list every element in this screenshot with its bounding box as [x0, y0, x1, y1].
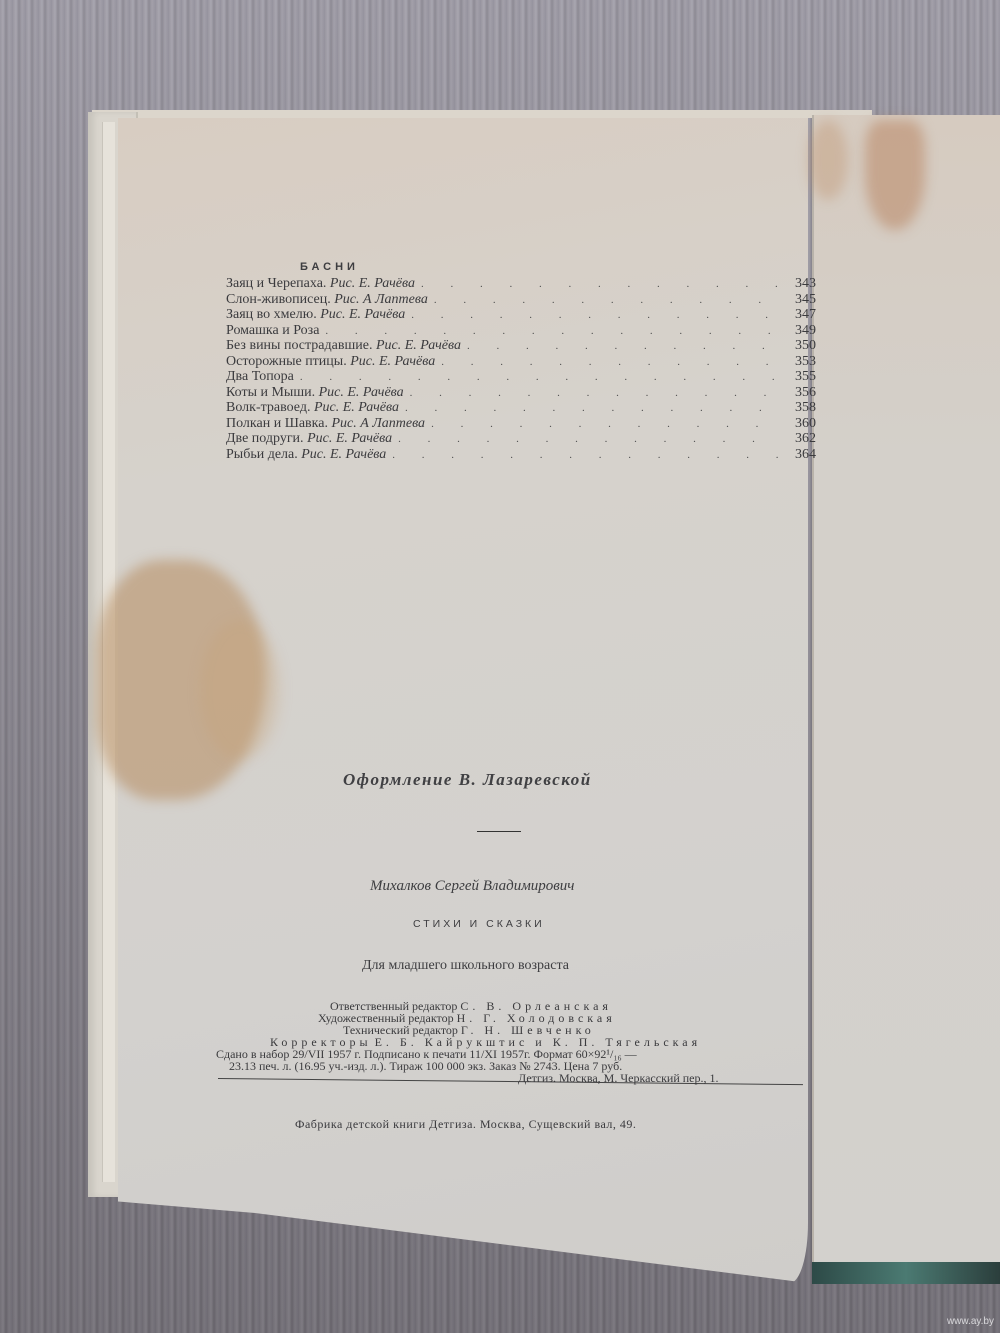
toc-entry-page: 349 [780, 323, 816, 339]
toc-entry: Без вины пострадавшие. Рис. Е. Рачёва . … [226, 338, 816, 354]
leader-dots: . . . . . . . . . . . . . . . . . . . . … [404, 386, 780, 402]
author-name: Михалков Сергей Владимирович [370, 878, 574, 895]
toc-entry-title: Ромашка и Роза [226, 323, 319, 338]
toc-entry-title: Две подруги. [226, 431, 304, 446]
book-binding-edge [812, 1262, 1000, 1284]
toc-entry-illustrator: Рис. Е. Рачёва [314, 400, 399, 415]
toc-entry-illustrator: Рис. Е. Рачёва [376, 338, 461, 353]
table-of-contents: Заяц и Черепаха. Рис. Е. Рачёва . . . . … [226, 276, 816, 462]
toc-entry-page: 343 [780, 276, 816, 292]
toc-entry: Две подруги. Рис. Е. Рачёва . . . . . . … [226, 431, 816, 447]
leader-dots: . . . . . . . . . . . . . . . . . . . . … [425, 417, 780, 433]
toc-entry: Рыбьи дела. Рис. Е. Рачёва . . . . . . .… [226, 447, 816, 463]
leader-dots: . . . . . . . . . . . . . . . . . . . . … [392, 432, 780, 448]
audience-note: Для младшего школьного возраста [362, 958, 569, 974]
toc-entry: Заяц и Черепаха. Рис. Е. Рачёва . . . . … [226, 276, 816, 292]
toc-entry-illustrator: Рис. Е. Рачёва [350, 354, 435, 369]
site-watermark: www.ay.by [947, 1316, 994, 1327]
toc-entry: Коты и Мыши. Рис. Е. Рачёва . . . . . . … [226, 385, 816, 401]
design-credit: Оформление В. Лазаревской [343, 770, 592, 790]
toc-entry-illustrator: Рис. А Лаптева [334, 292, 428, 307]
toc-entry-title: Волк-травоед. [226, 400, 310, 415]
toc-entry: Заяц во хмелю. Рис. Е. Рачёва . . . . . … [226, 307, 816, 323]
water-stain-left-inner [200, 620, 280, 760]
leader-dots: . . . . . . . . . . . . . . . . . . . . … [415, 277, 780, 293]
toc-entry-title: Осторожные птицы. [226, 354, 347, 369]
toc-entry-title: Полкан и Шавка. [226, 416, 328, 431]
toc-entry-page: 362 [780, 431, 816, 447]
section-heading: БАСНИ [300, 261, 359, 273]
toc-entry-title: Заяц во хмелю. [226, 307, 317, 322]
toc-entry-illustrator: Рис. Е. Рачёва [319, 385, 404, 400]
toc-entry-illustrator: Рис. Е. Рачёва [330, 276, 415, 291]
toc-entry-page: 356 [780, 385, 816, 401]
toc-entry: Осторожные птицы. Рис. Е. Рачёва . . . .… [226, 354, 816, 370]
toc-entry-page: 350 [780, 338, 816, 354]
toc-entry-illustrator: Рис. Е. Рачёва [320, 307, 405, 322]
leader-dots: . . . . . . . . . . . . . . . . . . . . … [294, 370, 780, 386]
toc-entry-title: Слон-живописец. [226, 292, 331, 307]
toc-entry-page: 358 [780, 400, 816, 416]
leader-dots: . . . . . . . . . . . . . . . . . . . . … [399, 401, 780, 417]
toc-entry-illustrator: Рис. А Лаптева [331, 416, 425, 431]
toc-entry-title: Коты и Мыши. [226, 385, 315, 400]
toc-entry-page: 355 [780, 369, 816, 385]
leader-dots: . . . . . . . . . . . . . . . . . . . . … [461, 339, 780, 355]
water-stain-top-right [865, 120, 925, 230]
leader-dots: . . . . . . . . . . . . . . . . . . . . … [405, 308, 780, 324]
toc-entry-illustrator: Рис. Е. Рачёва [301, 447, 386, 462]
toc-entry-title: Заяц и Черепаха. [226, 276, 326, 291]
toc-entry-page: 345 [780, 292, 816, 308]
toc-entry: Ромашка и Роза . . . . . . . . . . . . .… [226, 323, 816, 339]
facing-page-right [812, 115, 1000, 1275]
toc-entry-page: 360 [780, 416, 816, 432]
book-top-edge [92, 110, 872, 118]
toc-entry-title: Два Топора [226, 369, 294, 384]
toc-entry: Два Топора . . . . . . . . . . . . . . .… [226, 369, 816, 385]
leader-dots: . . . . . . . . . . . . . . . . . . . . … [435, 355, 780, 371]
toc-entry: Слон-живописец. Рис. А Лаптева . . . . .… [226, 292, 816, 308]
toc-entry-page: 347 [780, 307, 816, 323]
publisher-address: Детгиз. Москва, М. Черкасский пер., 1. [518, 1072, 719, 1085]
toc-entry: Волк-травоед. Рис. Е. Рачёва . . . . . .… [226, 400, 816, 416]
leader-dots: . . . . . . . . . . . . . . . . . . . . … [319, 324, 780, 340]
leader-dots: . . . . . . . . . . . . . . . . . . . . … [386, 448, 780, 464]
toc-entry-title: Без вины пострадавшие. [226, 338, 372, 353]
toc-entry-title: Рыбьи дела. [226, 447, 298, 462]
toc-entry-page: 353 [780, 354, 816, 370]
printing-factory: Фабрика детской книги Детгиза. Москва, С… [295, 1117, 636, 1132]
water-stain-gutter [808, 120, 848, 200]
toc-entry: Полкан и Шавка. Рис. А Лаптева . . . . .… [226, 416, 816, 432]
divider-rule [477, 831, 521, 832]
toc-entry-page: 364 [780, 447, 816, 463]
leader-dots: . . . . . . . . . . . . . . . . . . . . … [428, 293, 780, 309]
toc-entry-illustrator: Рис. Е. Рачёва [307, 431, 392, 446]
book-title: СТИХИ И СКАЗКИ [413, 918, 545, 930]
